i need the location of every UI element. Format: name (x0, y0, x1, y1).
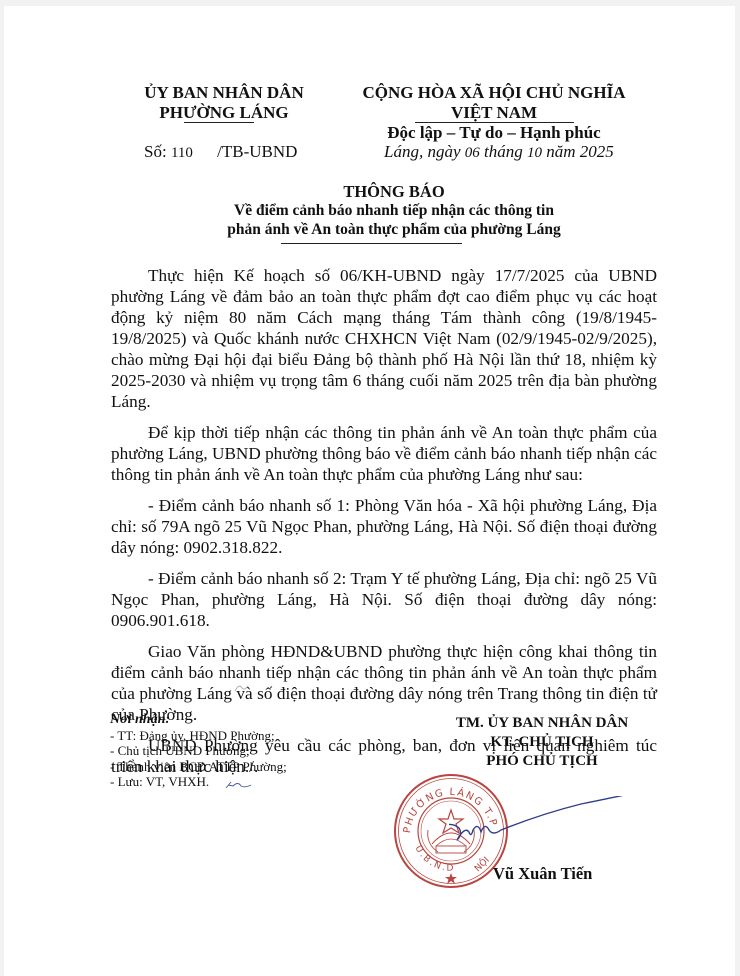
paragraph-2: Để kịp thời tiếp nhận các thông tin phản… (111, 422, 657, 485)
recipient-item: - Thành viên BCĐ ATTP Phường; (110, 759, 390, 775)
title-underline (281, 243, 462, 244)
document-page: ỦY BAN NHÂN DÂN PHƯỜNG LÁNG CỘNG HÒA XÃ … (4, 6, 735, 976)
paragraph-1: Thực hiện Kế hoạch số 06/KH-UBND ngày 17… (111, 265, 657, 412)
handwritten-initial-icon (224, 779, 254, 793)
doc-number: 110 (171, 145, 193, 161)
year: năm 2025 (546, 142, 614, 161)
signature-line-1: TM. ỦY BAN NHÂN DÂN (434, 714, 650, 733)
title-line-3: phản ánh về An toàn thực phẩm của phường… (124, 220, 664, 239)
paragraph-point-2: - Điểm cảnh báo nhanh số 2: Trạm Y tế ph… (111, 568, 657, 631)
signature-line-2: KT. CHỦ TỊCH (434, 733, 650, 752)
recipient-item: - TT: Đảng ủy, HĐND Phường; (110, 728, 390, 744)
doc-code: /TB-UBND (217, 142, 297, 161)
document-number: Số: 110 /TB-UBND (144, 142, 297, 162)
handwritten-initial-icon (232, 681, 252, 695)
signature-block: TM. ỦY BAN NHÂN DÂN KT. CHỦ TỊCH PHÓ CHỦ… (434, 714, 650, 771)
place: Láng, ngày (384, 142, 461, 161)
motto-underline (415, 122, 574, 123)
handwritten-signature-icon (449, 796, 669, 866)
recipients-heading: Nơi nhận: (110, 712, 390, 728)
nation-line-1: CỘNG HÒA XÃ HỘI CHỦ NGHĨA VIỆT NAM (341, 83, 647, 123)
issuing-agency: ỦY BAN NHÂN DÂN PHƯỜNG LÁNG (124, 83, 324, 123)
month: 10 (527, 145, 542, 161)
recipient-item: - Chủ tịch UBND Phường; (110, 743, 390, 759)
paragraph-point-1: - Điểm cảnh báo nhanh số 1: Phòng Văn hó… (111, 495, 657, 558)
doc-number-prefix: Số: (144, 142, 167, 161)
place-date: Láng, ngày 06 tháng 10 năm 2025 (384, 142, 614, 162)
agency-underline (184, 122, 254, 123)
agency-line-1: ỦY BAN NHÂN DÂN (124, 83, 324, 103)
signer-name: Vũ Xuân Tiến (493, 864, 592, 884)
document-title: THÔNG BÁO Về điểm cảnh báo nhanh tiếp nh… (124, 182, 664, 239)
day: 06 (465, 145, 480, 161)
title-line-1: THÔNG BÁO (124, 182, 664, 201)
month-label: tháng (484, 142, 523, 161)
signature-line-3: PHÓ CHỦ TỊCH (434, 752, 650, 771)
title-line-2: Về điểm cảnh báo nhanh tiếp nhận các thô… (124, 201, 664, 220)
agency-line-2: PHƯỜNG LÁNG (124, 103, 324, 123)
nation-motto: Độc lập – Tự do – Hạnh phúc (341, 123, 647, 143)
national-heading: CỘNG HÒA XÃ HỘI CHỦ NGHĨA VIỆT NAM Độc l… (341, 83, 647, 143)
document-body: Thực hiện Kế hoạch số 06/KH-UBND ngày 17… (111, 265, 657, 787)
